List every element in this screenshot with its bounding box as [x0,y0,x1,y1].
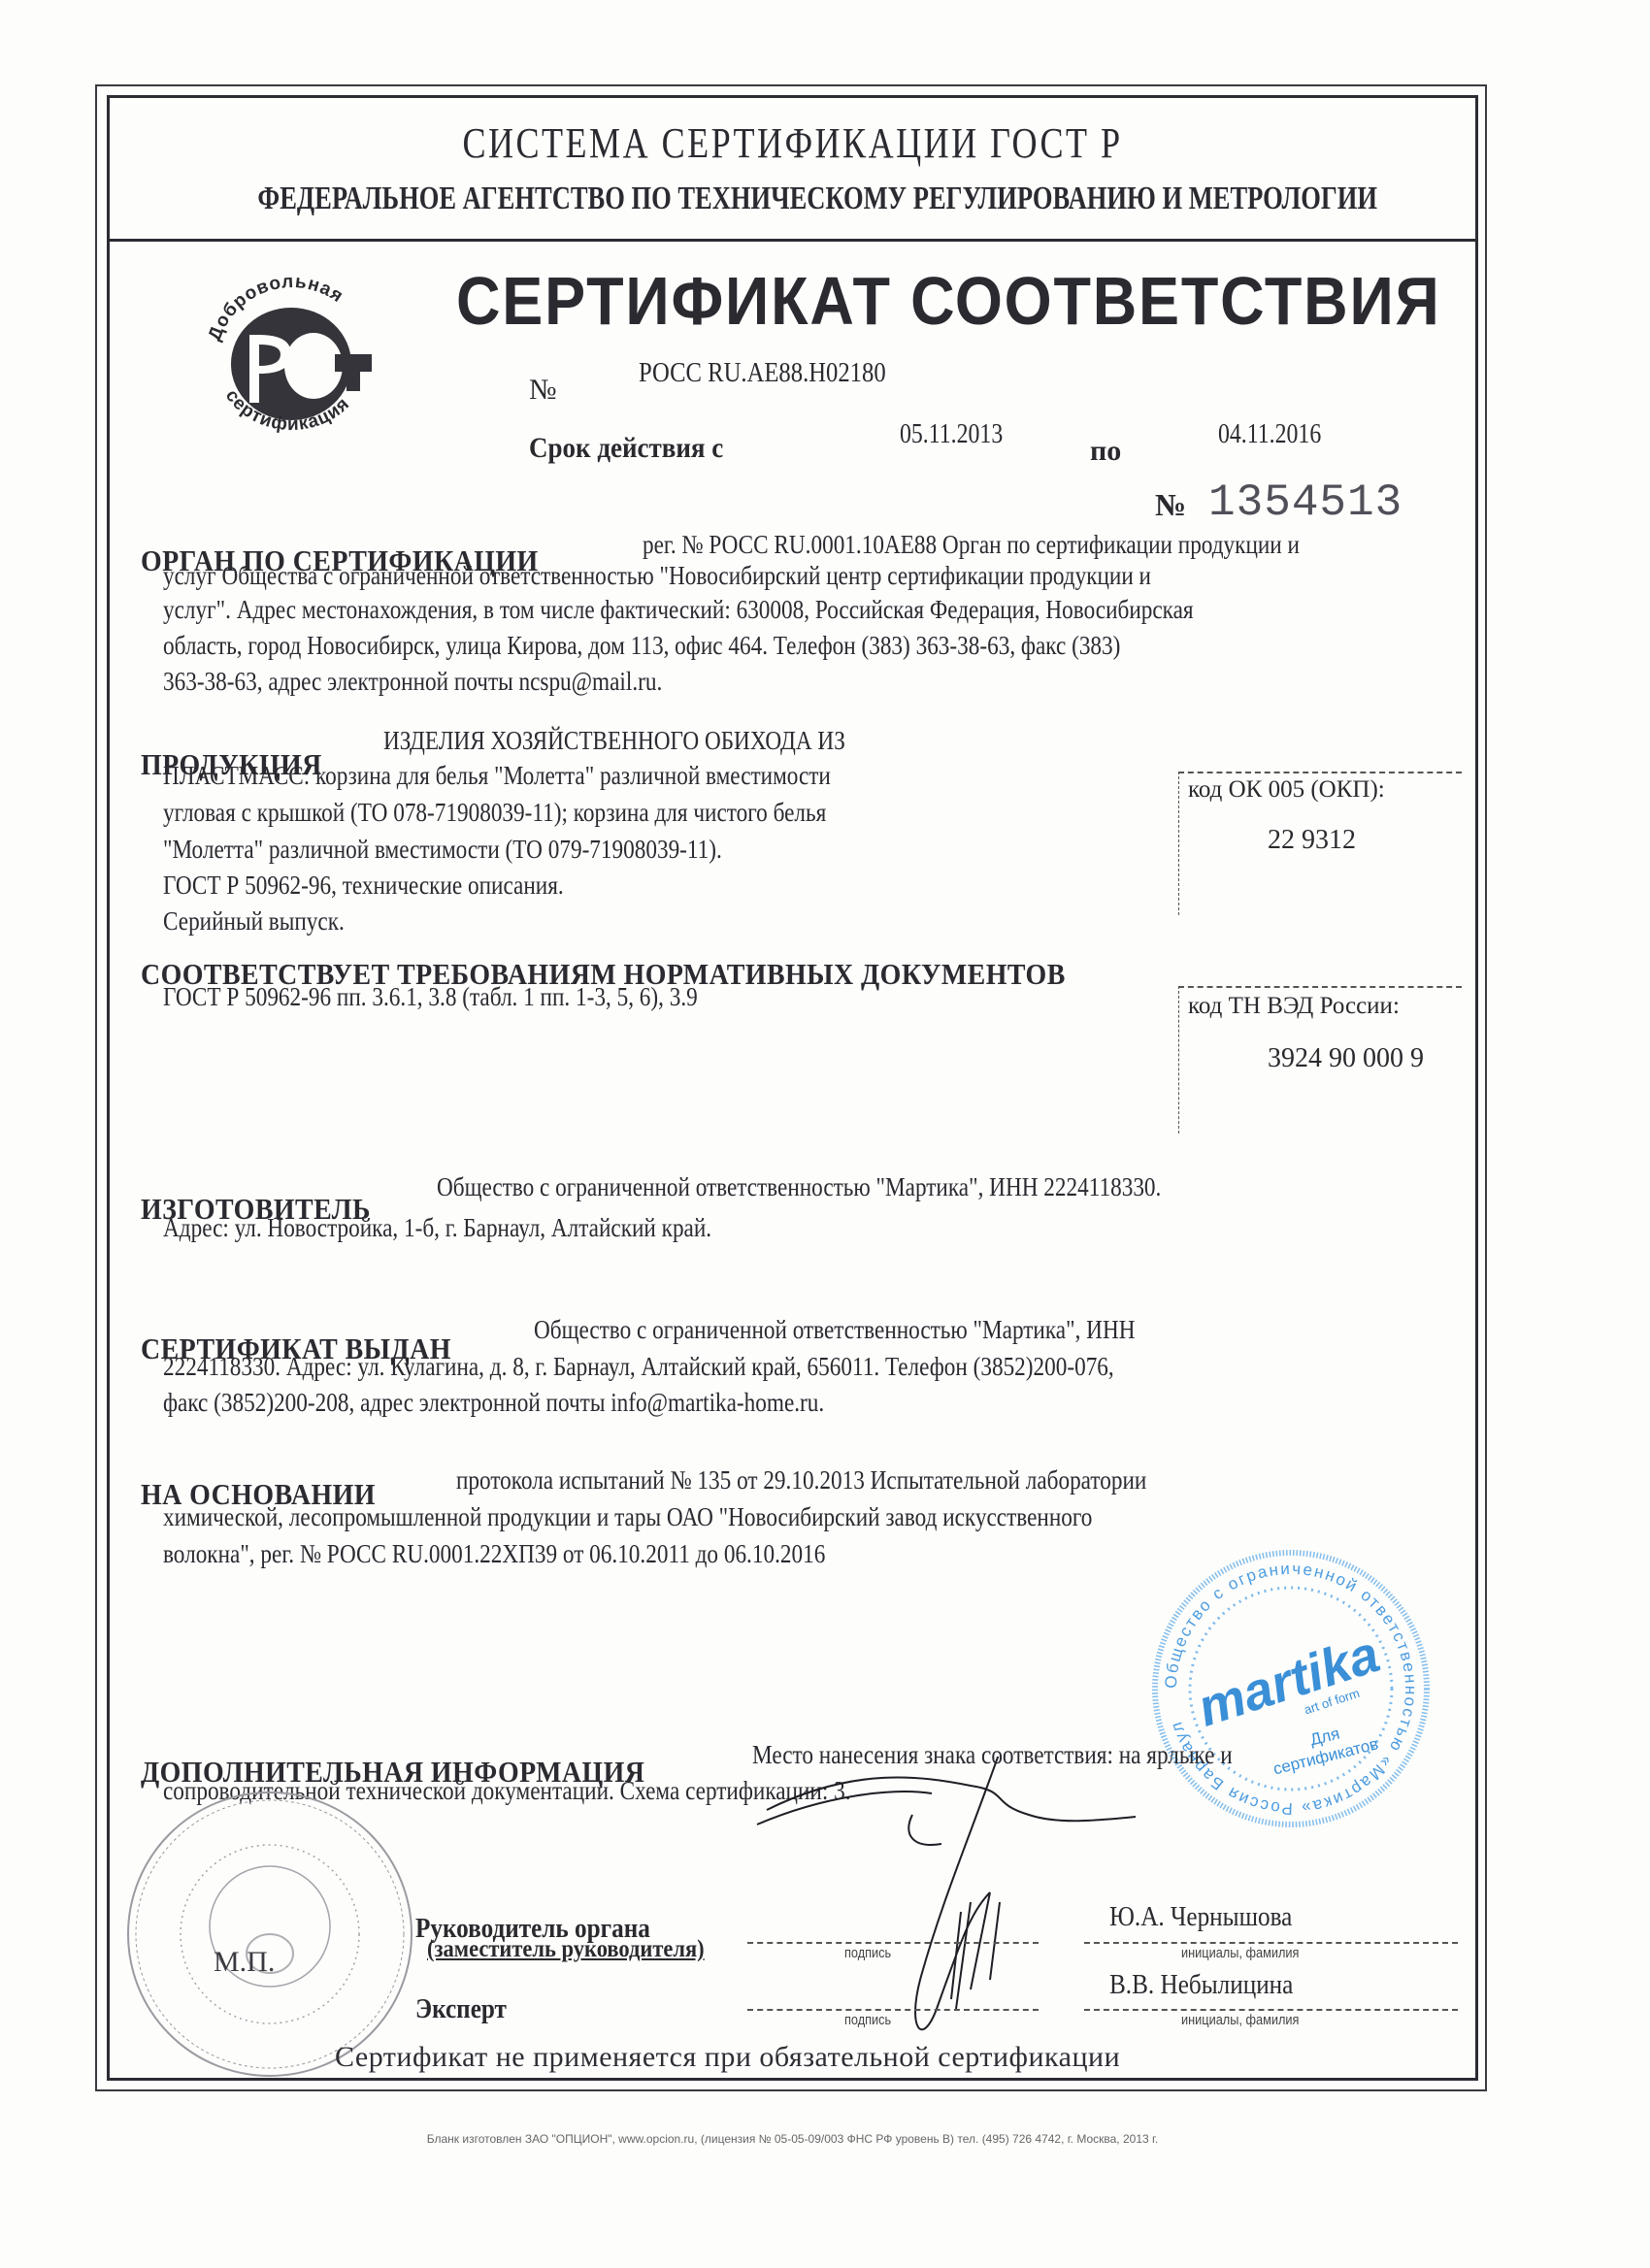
certification-body-line: 363-38-63, адрес электронной почты ncspu… [163,667,662,697]
blank-printer-footer: Бланк изготовлен ЗАО "ОПЦИОН", www.opcio… [107,2132,1478,2146]
expert-name-caption: инициалы, фамилия [1181,2012,1299,2028]
basis-line: волокна", рег. № РОСС RU.0001.22ХП39 от … [163,1539,825,1569]
expert-name-line [1084,2009,1458,2011]
valid-to-label: по [1090,435,1121,468]
blank-number: 1354513 [1208,477,1402,528]
rst-logo-icon: Добровольная сертификация [199,257,383,451]
basis-line: химической, лесопромышленной продукции и… [163,1502,1092,1532]
signature-scribble-icon [679,1757,1165,2067]
manufacturer-line: Адрес: ул. Новостройка, 1-б, г. Барнаул,… [163,1213,711,1243]
cert-number: РОСС RU.АЕ88.Н02180 [639,357,886,389]
certification-body-stamp-icon [115,1781,425,2082]
tnved-code-value: 3924 90 000 9 [1268,1043,1424,1074]
head-signature-caption: подпись [844,1945,891,1961]
not-mandatory-notice: Сертификат не применяется при обязательн… [335,2041,1120,2074]
product-line: угловая с крышкой (ТО 078-71908039-11); … [163,798,826,828]
company-stamp-icon: Общество с ограниченной ответственностью… [1145,1543,1436,1834]
valid-from-date: 05.11.2013 [900,419,1003,450]
cert-number-sign: № [529,374,557,407]
expert-signature-line [747,2009,1039,2011]
valid-to-date: 04.11.2016 [1218,419,1321,450]
agency-title: ФЕДЕРАЛЬНОЕ АГЕНТСТВО ПО ТЕХНИЧЕСКОМУ РЕ… [257,181,1327,217]
product-line: ГОСТ Р 50962-96, технические описания. [163,871,564,901]
head-role-sublabel: (заместитель руководителя) [427,1936,705,1963]
okp-code-label: код ОК 005 (ОКП): [1188,776,1385,804]
product-line: ИЗДЕЛИЯ ХОЗЯЙСТВЕННОГО ОБИХОДА ИЗ [383,726,845,756]
svg-text:martika: martika [1191,1625,1386,1737]
blank-number-sign: № [1155,487,1186,523]
conformity-line: ГОСТ Р 50962-96 пп. 3.6.1, 3.8 (табл. 1 … [163,982,698,1012]
issued-to-line: факс (3852)200-208, адрес электронной по… [163,1388,824,1418]
certificate-title: СЕРТИФИКАТ СООТВЕТСТВИЯ [456,262,1441,340]
product-line: ПЛАСТМАСС: корзина для белья "Молетта" р… [163,761,831,791]
head-name-caption: инициалы, фамилия [1181,1945,1299,1961]
tnved-code-label: код ТН ВЭД России: [1188,993,1400,1020]
header-divider [107,239,1478,242]
head-name-line [1084,1942,1458,1944]
seal-placeholder-label: М.П. [214,1946,275,1979]
certification-body-line: услуг Общества с ограниченной ответствен… [163,561,1151,591]
expert-role-label: Эксперт [415,1994,507,2025]
issued-to-line: 2224118330. Адрес: ул. Кулагина, д. 8, г… [163,1352,1114,1382]
basis-line: протокола испытаний № 135 от 29.10.2013 … [456,1465,1146,1496]
manufacturer-line: Общество с ограниченной ответственностью… [437,1172,1161,1202]
system-title: СИСТЕМА СЕРТИФИКАЦИИ ГОСТ Р [230,118,1355,168]
issued-to-line: Общество с ограниченной ответственностью… [534,1315,1135,1345]
product-line: Серийный выпуск. [163,906,345,937]
head-signature-line [747,1942,1039,1944]
certification-body-line: область, город Новосибирск, улица Кирова… [163,631,1120,661]
product-line: "Молетта" различной вместимости (ТО 079-… [163,835,722,865]
okp-code-value: 22 9312 [1268,825,1356,856]
validity-label: Срок действия с [529,432,723,465]
certification-body-line: рег. № РОСС RU.0001.10АЕ88 Орган по серт… [643,530,1300,560]
head-name: Ю.А. Чернышова [1109,1902,1292,1933]
expert-signature-caption: подпись [844,2012,891,2028]
expert-name: В.В. Небылицина [1109,1970,1293,2001]
certification-body-line: услуг". Адрес местонахождения, в том чис… [163,595,1194,625]
